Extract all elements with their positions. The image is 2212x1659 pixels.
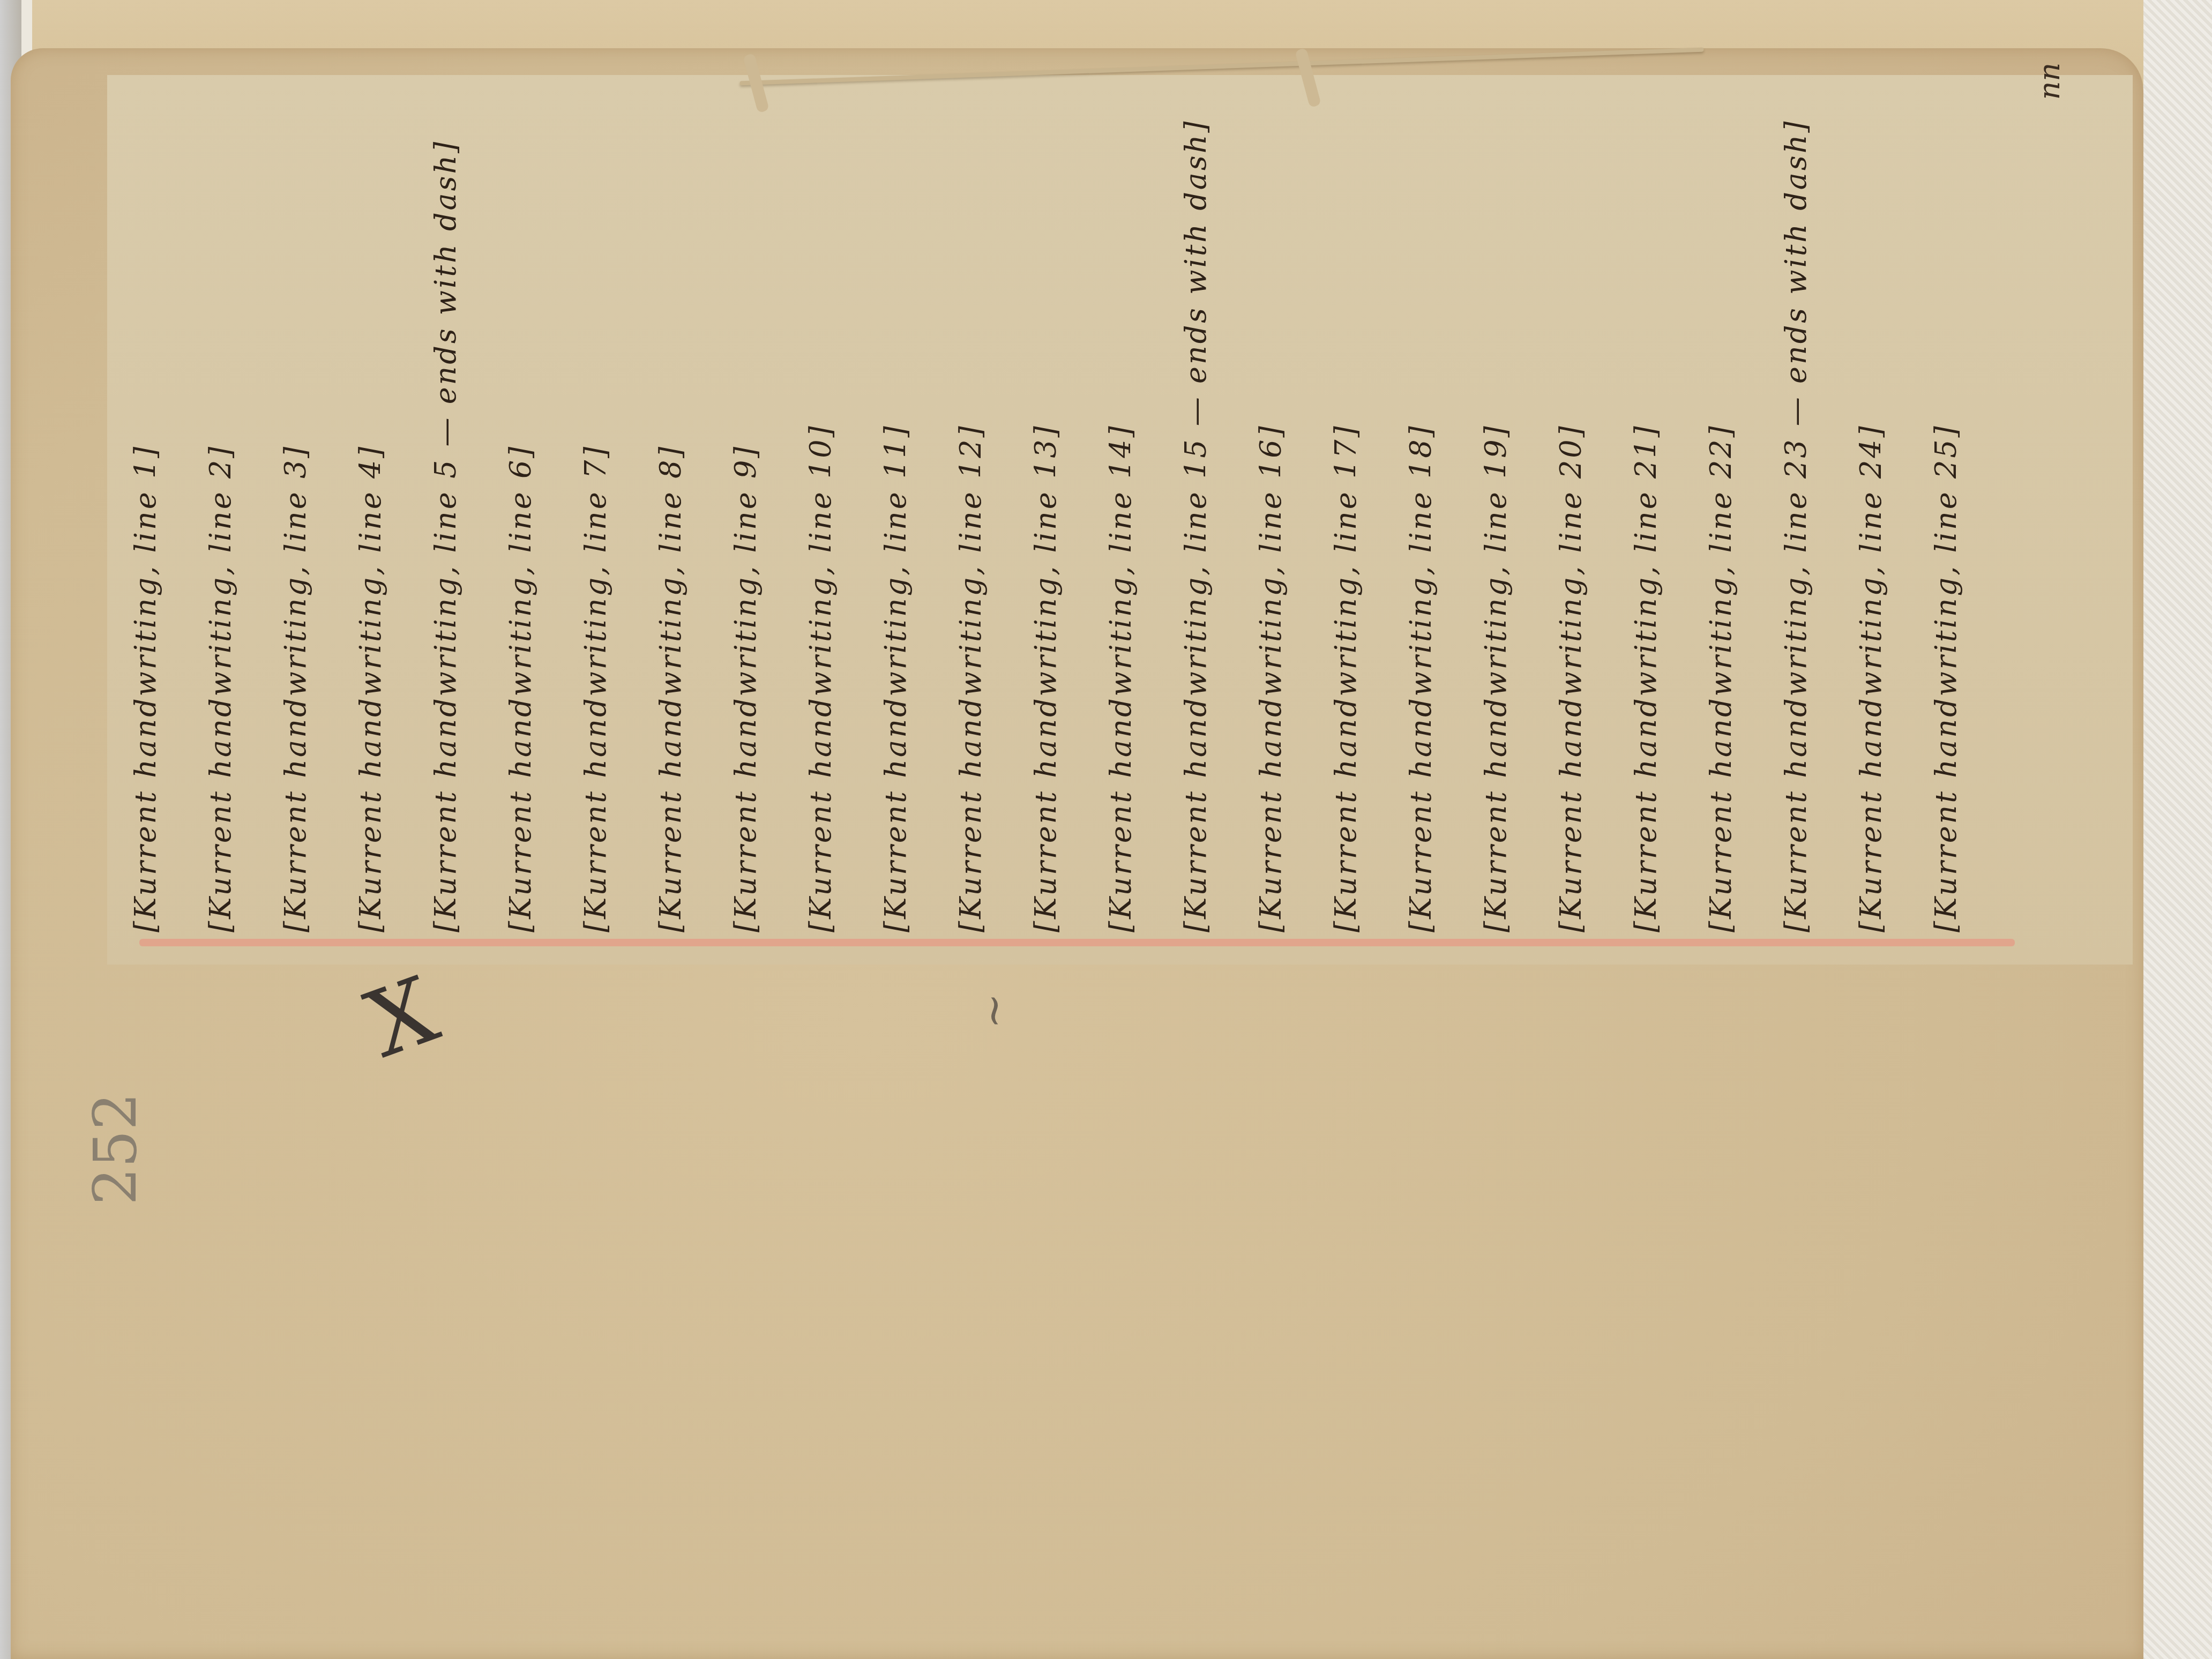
manuscript-line: [Kurrent handwriting, line 1] [129,86,166,932]
manuscript-line: [Kurrent handwriting, line 19] [1479,86,1516,932]
manuscript-line: [Kurrent handwriting, line 11] [879,86,916,932]
manuscript-line: [Kurrent handwriting, line 14] [1104,86,1141,932]
manuscript-line: [Kurrent handwriting, line 3] [279,86,316,932]
manuscript-line: [Kurrent handwriting, line 5 — ends with… [429,86,466,932]
manuscript-line: [Kurrent handwriting, line 18] [1404,86,1441,932]
manuscript-line: [Kurrent handwriting, line 12] [954,86,991,932]
manuscript-line: [Kurrent handwriting, line 25] [1929,86,1967,932]
manuscript-line: [Kurrent handwriting, line 21] [1629,86,1667,932]
manuscript-line: [Kurrent handwriting, line 15 — ends wit… [1179,86,1216,932]
manuscript-line: [Kurrent handwriting, line 23 — ends wit… [1779,86,1817,932]
manuscript-line: [Kurrent handwriting, line 17] [1329,86,1366,932]
manuscript-line: [Kurrent handwriting, line 24] [1854,86,1892,932]
red-margin-rule [139,939,2015,946]
pencil-small-mark: ~ [968,993,1018,1029]
manuscript-text-block: [Kurrent handwriting, line 1] [Kurrent h… [118,86,2026,932]
catchword-mark: nn [2032,63,2066,100]
manuscript-line: [Kurrent handwriting, line 8] [654,86,691,932]
manuscript-line: [Kurrent handwriting, line 7] [579,86,616,932]
manuscript-line: [Kurrent handwriting, line 4] [354,86,391,932]
manuscript-line: [Kurrent handwriting, line 2] [204,86,241,932]
folio-number: 252 [81,1093,150,1205]
manuscript-line: [Kurrent handwriting, line 13] [1029,86,1066,932]
manuscript-line: [Kurrent handwriting, line 9] [729,86,766,932]
manuscript-line: [Kurrent handwriting, line 16] [1254,86,1291,932]
manuscript-line: [Kurrent handwriting, line 22] [1704,86,1742,932]
background-cloth-right [2137,0,2212,1659]
manuscript-line: [Kurrent handwriting, line 20] [1554,86,1591,932]
manuscript-line: [Kurrent handwriting, line 10] [804,86,841,932]
manuscript-line: [Kurrent handwriting, line 6] [504,86,541,932]
